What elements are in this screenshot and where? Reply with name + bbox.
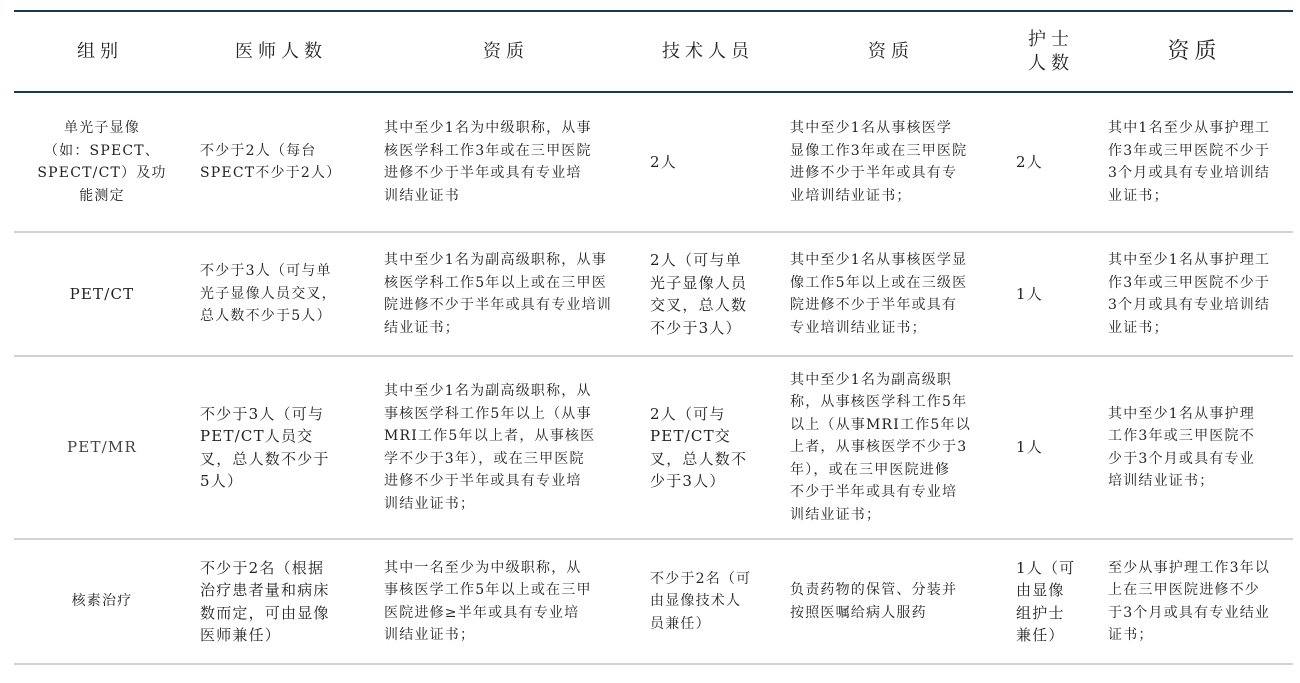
cell-nurse-qualification: 其中至少1名从事护理 工作3年或三甲医院不 少于3个月或具有专业 培训结业证书； bbox=[1100, 403, 1293, 493]
cell-technician-qualification: 其中至少1名为副高级职 称，从事核医学科工作5年 以上（从事MRI工作5年以 上… bbox=[780, 369, 1006, 527]
cell-physicians: 不少于3人（可与 PET/CT人员交 叉，总人数不少于 5人） bbox=[190, 403, 376, 493]
cell-nurse-qualification: 其中至少1名从事护理工 作3年或三甲医院不少于 3个月或具有专业培训结 业证书； bbox=[1100, 249, 1293, 339]
cell-physician-qualification: 其中至少1名为副高级职称，从 事核医学科工作5年以上（从事 MRI工作5年以上者… bbox=[376, 380, 640, 515]
cell-nurses: 1人（可 由显像 组护士 兼任） bbox=[1006, 557, 1100, 647]
header-physician-qualification: 资质 bbox=[376, 40, 640, 64]
header-nurse-qualification: 资质 bbox=[1100, 40, 1293, 64]
table-row: 核素治疗 不少于2名（根据 治疗患者量和病床 数而定，可由显像 医师兼任） 其中… bbox=[14, 540, 1293, 665]
cell-physician-qualification: 其中一名至少为中级职称，从 事核医学工作5年以上或在三甲 医院进修≥半年或具有专… bbox=[376, 557, 640, 647]
cell-technicians: 2人（可与 PET/CT交 叉，总人数不 少于3人） bbox=[640, 403, 780, 493]
header-technician-qualification: 资质 bbox=[780, 40, 1006, 64]
cell-technician-qualification: 其中至少1名从事核医学显 像工作5年以上或在三级医 院进修不少于半年或具有 专业… bbox=[780, 249, 1006, 339]
cell-technician-qualification: 负责药物的保管、分装并 按照医嘱给病人服药 bbox=[780, 579, 1006, 624]
cell-technician-qualification: 其中至少1名从事核医学 显像工作3年或在三甲医院 进修不少于半年或具有专 业培训… bbox=[780, 117, 1006, 207]
header-group: 组别 bbox=[14, 40, 190, 64]
table-row: 单光子显像 （如：SPECT、 SPECT/CT）及功 能测定 不少于2人（每台… bbox=[14, 93, 1293, 233]
cell-group: PET/MR bbox=[14, 436, 190, 459]
cell-nurses: 2人 bbox=[1006, 151, 1100, 174]
cell-nurse-qualification: 至少从事护理工作3年以 上在三甲医院进修不少 于3个月或具有专业结业 证书； bbox=[1100, 557, 1293, 647]
header-technicians: 技术人员 bbox=[640, 40, 780, 64]
cell-physician-qualification: 其中至少1名为副高级职称，从事 核医学科工作5年以上或在三甲医 院进修不少于半年… bbox=[376, 249, 640, 339]
cell-group: 单光子显像 （如：SPECT、 SPECT/CT）及功 能测定 bbox=[14, 117, 190, 207]
cell-nurses: 1人 bbox=[1006, 436, 1100, 459]
cell-group: PET/CT bbox=[14, 283, 190, 306]
cell-nurses: 1人 bbox=[1006, 283, 1100, 306]
cell-physicians: 不少于2人（每台 SPECT不少于2人） bbox=[190, 140, 376, 185]
cell-physicians: 不少于2名（根据 治疗患者量和病床 数而定，可由显像 医师兼任） bbox=[190, 557, 376, 647]
staffing-requirements-table: 组别 医师人数 资质 技术人员 资质 护士 人数 资质 单光子显像 （如：SPE… bbox=[14, 10, 1293, 665]
cell-group: 核素治疗 bbox=[14, 590, 190, 613]
cell-physicians: 不少于3人（可与单 光子显像人员交叉， 总人数不少于5人） bbox=[190, 260, 376, 328]
table-row: PET/MR 不少于3人（可与 PET/CT人员交 叉，总人数不少于 5人） 其… bbox=[14, 357, 1293, 540]
cell-technicians: 2人（可与单 光子显像人员 交叉，总人数 不少于3人） bbox=[640, 249, 780, 339]
table-row: PET/CT 不少于3人（可与单 光子显像人员交叉， 总人数不少于5人） 其中至… bbox=[14, 233, 1293, 357]
cell-technicians: 2人 bbox=[640, 151, 780, 174]
cell-physician-qualification: 其中至少1名为中级职称，从事 核医学科工作3年或在三甲医院 进修不少于半年或具有… bbox=[376, 117, 640, 207]
header-physicians: 医师人数 bbox=[190, 40, 376, 64]
cell-nurse-qualification: 其中1名至少从事护理工 作3年或三甲医院不少于 3个月或具有专业培训结 业证书； bbox=[1100, 117, 1293, 207]
table-header-row: 组别 医师人数 资质 技术人员 资质 护士 人数 资质 bbox=[14, 10, 1293, 93]
header-nurses: 护士 人数 bbox=[1006, 28, 1100, 76]
cell-technicians: 不少于2名（可 由显像技术人 员兼任） bbox=[640, 568, 780, 636]
